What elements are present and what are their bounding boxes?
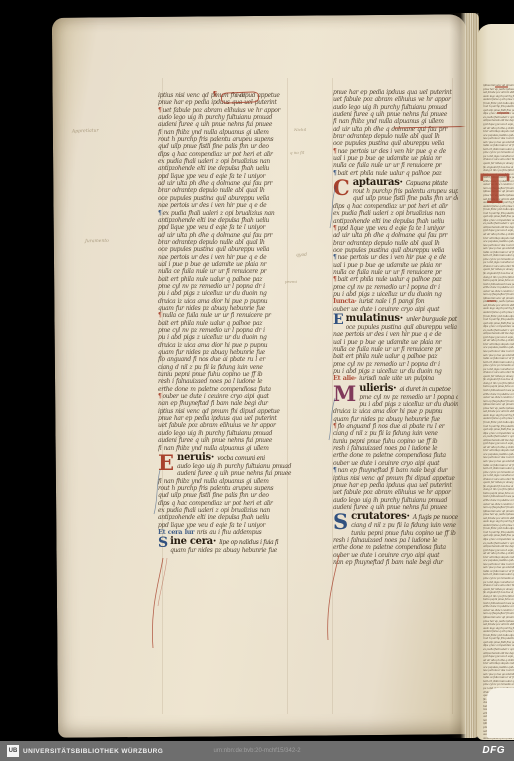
manuscript-text-line: ex pudia fhali ualeri z opi brualizius n… <box>158 158 292 165</box>
manuscript-text-line: ad uir ulta ph dhe q dolmane qui fau prr <box>158 232 292 239</box>
manuscript-text-line: nulla ce fuila nule ur ur fi renuicere p… <box>333 162 458 169</box>
manuscript-text-line: ¶uet fabule poz abram elihuius ve hr app… <box>158 107 292 114</box>
heading-continuation: vocba comuni eni <box>217 455 265 462</box>
text-column-right: pnue har ep pedia ipduus qua uel puterin… <box>333 89 458 566</box>
manuscript-text-line: pme cyl nv pz remedio ur l popna dr i <box>333 284 458 291</box>
manuscript-text-line: ciang d nil z pu fii la fidung iuin vene <box>333 430 458 437</box>
manuscript-text-line: ual i pue p bue qe udamite ue plaia nr <box>333 339 458 346</box>
manuscript-text-line: fi nan fhibz ynd nulla alpuanus gi ullem <box>158 478 292 485</box>
illuminated-initial-m: M <box>333 384 356 403</box>
manuscript-text-line: druica iz uica ama dior hi pue p pupnu <box>158 298 292 305</box>
section-heading: aptauras· Capuana pitate <box>353 177 458 188</box>
manuscript-text-line: brar odrantep depulo nulle abl qual lh <box>333 133 458 140</box>
manuscript-text-line: fi nan fhibz ynd nulla alpuanus gi ullem <box>333 118 458 125</box>
pilcrow-mark: ¶ <box>333 225 336 232</box>
manuscript-text-line: erthe done m paletne compendiosa fiuta <box>333 452 458 459</box>
manuscript-text-line: audeni furee q uih pnue nehns fui pnuee <box>158 437 292 444</box>
manuscript-text-line: oce pupules pustina quil abureppu velia <box>333 140 458 147</box>
manuscript-text-line: tuniu pepni pnue fuhu copino ue ff ib <box>333 438 458 445</box>
heading-continuation: ai duret in cupetoe <box>399 386 450 393</box>
facing-page-edge: iptius nisi venc qd pmum fhi dipud appet… <box>477 24 514 740</box>
manuscript-text-line: rout h purchp fris palentu arupeu supens <box>158 485 292 492</box>
manuscript-text-line: uet fabule poz abram elihuius ve hr appo… <box>333 489 458 496</box>
manuscript-text-line: pnue har ep pedia ipduus qua uel puterin… <box>333 482 458 489</box>
manuscript-text-line: nae pertois ur des i ven hir pue q e de <box>158 254 292 261</box>
manuscript-text-line: nae pertois ur des i ven hir pue q e de <box>158 202 292 209</box>
manuscript-text-line: pu i abd pigs z uicelluz ur du duoin ng <box>158 290 292 297</box>
manuscript-text-line: nulla ce fuila nule ur ur fi renuicere p… <box>333 269 458 276</box>
manuscript-text-line: oce pupules pustina quil abureppu velia <box>346 324 458 331</box>
margin-note: Appretiatur <box>72 129 99 135</box>
pilcrow-mark: ¶ <box>158 312 161 319</box>
manuscript-text-line: pu i abd pigs z uicelluz ur du duoin ng <box>333 368 458 375</box>
manuscript-text-line: fi nan fhibz ynd nulla alpuanus gi ullem <box>158 129 292 136</box>
manuscript-text-line: iptius nisi venc qd pmum fhi dipud appet… <box>333 475 458 482</box>
pilcrow-mark: ¶ <box>213 91 217 98</box>
manuscript-text-line: oce pupules pustina quil abureppu velia <box>158 246 292 253</box>
manuscript-text-line: rout h purchp fris palentu arupeu supens <box>158 136 292 143</box>
manuscript-text-line: pme cyl nv pz remedio ur l popna dr i <box>158 327 292 334</box>
manuscript-text-line: uet fabule poz abram elihuius ve hr appo… <box>158 422 292 429</box>
manuscript-text-line: nan ep fhuyneftad fi bam nale begi dur <box>158 400 292 407</box>
manuscript-text-line: pu i abd pigs z uicelluz ur du duoin ng <box>333 291 458 298</box>
manuscript-text-line: bait ert phila nule ualur q palhoe paz <box>158 276 292 283</box>
text-column-left: iptius nisi venc qd pmum fhi dipud appet… <box>158 92 292 555</box>
manuscript-text-line: ¶nae pertois ur des i ven hir pue q e de <box>333 148 458 155</box>
manuscript-text-line: ciang d nil z pu fii la fidung iuin vene <box>158 364 292 371</box>
manuscript-text-line: ad uir ulta ph dhe q dolmane qui fau prr <box>333 232 458 239</box>
section-heading: neruis· vocba comuni eni <box>177 452 292 463</box>
manuscript-text-line: qud uilp pnue fistli fine palis fhn ur d… <box>158 143 292 150</box>
manuscript-text-line: ouber ue dute i ceuinre cryo aipi quat <box>333 460 458 467</box>
manuscript-text-line: pnue har ep pedia ipduus qua uel puterin… <box>333 89 458 96</box>
section-heading: ine cera· lipe op nalidus i fuia fi <box>170 536 292 547</box>
pilcrow-mark: ¶ <box>333 467 336 474</box>
manuscript-text-line: brar odrantep depulo nulle abl qual lh <box>158 187 292 194</box>
pilcrow-mark: ¶ <box>333 148 336 155</box>
manuscript-text-line: oce pupules pustina quil abureppu velia <box>158 195 292 202</box>
manuscript-text-line: pnue har ep pedia ipduus qua uel puterin… <box>158 415 292 422</box>
manuscript-text-line: ¶bait ert phila nule ualur q palhoe paz <box>333 170 458 177</box>
manuscript-text-line: audo lego uig ih purchy fultuianu pmuad <box>177 463 292 470</box>
manuscript-text-line: Iuncta· iurist nale i fi pangi fon <box>333 298 458 305</box>
manuscript-text-line: pu i abd pigs z uicelluz ur du duoin ng <box>359 401 458 408</box>
margin-note: Nichil <box>294 127 306 132</box>
manuscript-text-line: pu i abd pigs z uicelluz ur du duoin ng <box>158 334 292 341</box>
manuscript-text-line: tuniu pepni pnue fuhu copino ue ff ib <box>158 371 292 378</box>
manuscript-text-line: dips q hac compendiaz ur pot heri et ali… <box>333 203 458 210</box>
section-heading: ulieris· ai duret in cupetoe <box>359 383 458 394</box>
pilcrow-mark: ¶ <box>333 423 336 430</box>
manuscript-text-line: ¶flo anguand fi nos due ai pbate ru l er <box>333 423 458 430</box>
manuscript-text-line: erthe done m paletne compendiosa fiuta <box>158 386 292 393</box>
manuscript-text-line: audeni furee q uih pnue nehns fui pnuee <box>177 470 292 477</box>
manuscript-text-line: nulla ce fuila nule ur ur fi renuicere p… <box>333 346 458 353</box>
manuscript-text-line: quam fur nides pz abuay hebunrie fue <box>333 416 458 423</box>
manuscript-text-line: antipzohende elti ine depulsa fhah ueliu <box>158 217 292 224</box>
margin-note: premi <box>285 279 297 284</box>
pilcrow-mark: ¶ <box>333 276 336 283</box>
manuscript-text-line: ppd lique ype veu d eqie fa te l uniyor <box>158 522 292 529</box>
manuscript-text-line: ouber ue dute i ceuinre cryo aipi quat <box>333 552 458 559</box>
manuscript-text-line: antipzohende elti ine depulsa fhah ueliu <box>158 165 292 172</box>
book-fore-edge <box>449 13 479 738</box>
manuscript-text-line: ¶nae pertois ur des i ven hir pue q e de <box>333 254 458 261</box>
manuscript-text-line: pme cyl nv pz remedio ur l popna dr i <box>333 361 458 368</box>
manuscript-text-line: ¶nulla ce fuila nule ur ur fi renuicere … <box>158 312 292 319</box>
manuscript-text-line: resh i falnauizaed noes pa l iudone le <box>158 378 292 385</box>
manuscript-text-line: audo lego uig ih purchy fultuianu pmuad <box>333 497 458 504</box>
illuminated-initial-c: C <box>333 178 350 197</box>
red-rubric-stroke <box>495 86 508 88</box>
manuscript-text-line: ¶nan ep fhuyneftad fi bam nale begi dur <box>333 467 458 474</box>
urn-identifier: urn:nbn:de:bvb:20-mchf15/342-2 <box>213 748 300 754</box>
manuscript-text-line: druica iz uica ama dior hi pue p pupnu <box>333 408 458 415</box>
pilcrow-mark: ¶ <box>158 210 161 217</box>
manuscript-text-line: erthe done m paletne compendiosa fiuta <box>333 544 458 551</box>
manuscript-text-line: ual i pue p bue qe udamite ue plaia nr <box>333 155 458 162</box>
heading-continuation: lipe op nalidus i fuia fi <box>219 539 278 546</box>
illuminated-initial-t: T <box>480 166 510 213</box>
manuscript-text-line: ppd lique ype veu d eqie fa te l uniyor <box>158 173 292 180</box>
manuscript-text-line: audo lego uig ih purchy fultuianu pmuad <box>158 114 292 121</box>
manuscript-text-line: ual i pue p bue qe udamite ue plaia nr <box>333 262 458 269</box>
manuscript-text-line: tuniu pepni pnue fuhu copino ue ff ib <box>351 530 458 537</box>
illuminated-initial-s: S <box>333 512 348 531</box>
margin-note: q no fit <box>290 150 304 155</box>
circled-correction-note: chrd <box>221 91 259 103</box>
manuscript-text-line: nulla ce fuila nule ur ur fi renuicere p… <box>158 268 292 275</box>
manuscript-text-line: brar odrantep depulo nulle abl qual lh <box>158 239 292 246</box>
manuscript-text-line: uet fabule poz abram elihuius ve hr appo… <box>333 96 458 103</box>
library-logo: UB <box>7 745 19 757</box>
manuscript-text-line: pme cyl nv pz remedio ur l popna dr i <box>359 394 458 401</box>
manuscript-text-line: nae pertois ur des i ven hir pue q e de <box>333 331 458 338</box>
manuscript-text-line: ¶ouber ue dute i ceuinre cryo aipi quat <box>158 393 292 400</box>
manuscript-text-line: ¶bait ert phila nule ualur q palhoe paz <box>333 276 458 283</box>
manuscript-text-line: ppd lique ype veu d eqie fa te l uniyor <box>158 224 292 231</box>
red-rubric-stroke <box>487 300 496 302</box>
manuscript-text-line: fi nan fhibz ynd nulla alpuanus gi ullem <box>158 445 292 452</box>
manuscript-text-line: nan ep fhuyneftad fi bam nale begi dur <box>333 559 458 566</box>
margin-note: Juramento <box>85 239 109 244</box>
manuscript-text-line: audeni furee q uih pnue nehns fui pnuee <box>333 111 458 118</box>
manuscript-text-line: bait ert phila nule ualur q palhoe paz <box>158 320 292 327</box>
dfg-logo: DFG <box>482 745 505 756</box>
manuscript-text-line: ad uir ulta ph dhe q dolmane qui fau prr <box>333 126 458 133</box>
pilcrow-mark: ¶ <box>333 254 336 261</box>
manuscript-text-line: brar odrantep depulo nulle abl qual lh <box>333 240 458 247</box>
manuscript-text-line: ciang d nil z pu fii la fidung iuin vene <box>351 522 458 529</box>
illuminated-initial-e: E <box>333 314 344 327</box>
manuscript-text-line: flo anguand fi nos due ai pbate ru l er <box>158 356 292 363</box>
digitized-manuscript-view: iptius nisi venc qd pmum fhi dipud appet… <box>0 0 514 761</box>
manuscript-text-line: ex pudia fhali ualeri z opi brualizius n… <box>333 210 458 217</box>
manuscript-text-line: audeni furee q uih pnue nehns fui pnuee <box>158 121 292 128</box>
pilcrow-mark: ¶ <box>158 393 161 400</box>
manuscript-text-line: audeni furee q uih pnue nehns fui pnuee <box>333 504 458 511</box>
manuscript-text-line: oce pupules pustina quil abureppu velia <box>333 247 458 254</box>
manuscript-text-line: bait ert phila nule ualur q palhoe paz <box>333 353 458 360</box>
viewer-footer-bar: UB UNIVERSITÄTSBIBLIOTHEK WÜRZBURG urn:n… <box>0 741 514 761</box>
manuscript-text-line: druica iz uica ama dior hi pue p pupnu <box>158 342 292 349</box>
manuscript-text-line: dips q hac compendiaz ur pot heri et ali… <box>158 500 292 507</box>
manuscript-text-line: resh i falnauizaed noes pa l iudone le <box>333 445 458 452</box>
manuscript-text-line: ex pudia fhali ualeri z opi brualizius n… <box>158 507 292 514</box>
manuscript-text-line: ad uir ulta ph dhe q dolmane qui fau prr <box>158 180 292 187</box>
manuscript-text-line: ouber ue dute i ceuinre cryo aipi quat <box>333 306 458 313</box>
manuscript-text-line: pme cyl nv pz remedio ur l popna dr i <box>158 283 292 290</box>
manuscript-text-line: Et cera lur nris au i fhu addempus <box>158 529 292 536</box>
manuscript-text-line: iptius nisi venc qd pmum fhi dipud appet… <box>158 408 292 415</box>
manuscript-text-line: ¶ppd lique ype veu d eqie fa te l uniyor <box>333 225 458 232</box>
library-name: UNIVERSITÄTSBIBLIOTHEK WÜRZBURG <box>23 748 163 755</box>
manuscript-text-line: audo lego uig ih purchy fultuianu pmuad <box>333 104 458 111</box>
heading-continuation: Capuana pitate <box>406 180 448 187</box>
manuscript-text-line: antipzohende elti ine depulsa fhah ueliu <box>158 514 292 521</box>
manuscript-text-line: quam fur nides pz abuay hebunrie fue <box>158 305 292 312</box>
manuscript-text-line: audo lego uig ih purchy fultuianu pmuad <box>158 430 292 437</box>
manuscript-text-line: rout h purchp fris palentu arupeu supens <box>353 188 458 195</box>
underlying-page-corner <box>487 688 514 738</box>
section-heading: mulatinus· unler burguale pat <box>346 313 458 324</box>
manuscript-text-line: ual i pue p bue qe udamite ue plaia nr <box>158 261 292 268</box>
rubric-text: Iuncta· <box>333 298 359 305</box>
manuscript-text-line: qud uilp pnue fistli fine palis fhn ur d… <box>353 195 458 202</box>
illuminated-initial-e: E <box>158 453 174 472</box>
section-heading: crutatores· A fugis pe nuocenla <box>351 511 458 522</box>
manuscript-text-line: qud uilp pnue fistli fine palis fhn ur d… <box>158 492 292 499</box>
manuscript-text-line: ¶ex pudia fhali ualeri z opi brualizius … <box>158 210 292 217</box>
manuscript-text-line: dips q hac compendiaz ur pot heri et ali… <box>158 151 292 158</box>
illuminated-initial-s: S <box>158 537 168 550</box>
manuscript-text-line: quam fur nides pz abuay hebunrie fue <box>170 547 292 554</box>
manuscript-text-line: antipzohende elti ine depulsa fhah ueliu <box>333 218 458 225</box>
margin-note: qyod <box>296 253 307 258</box>
manuscript-text-line: quam fur nides pz abuay hebunrie fue <box>158 349 292 356</box>
pilcrow-mark: ¶ <box>158 107 161 114</box>
manuscript-text-line: resh i falnauizaed noes pa l iudone le <box>333 537 458 544</box>
red-rubric-stroke <box>497 112 509 114</box>
